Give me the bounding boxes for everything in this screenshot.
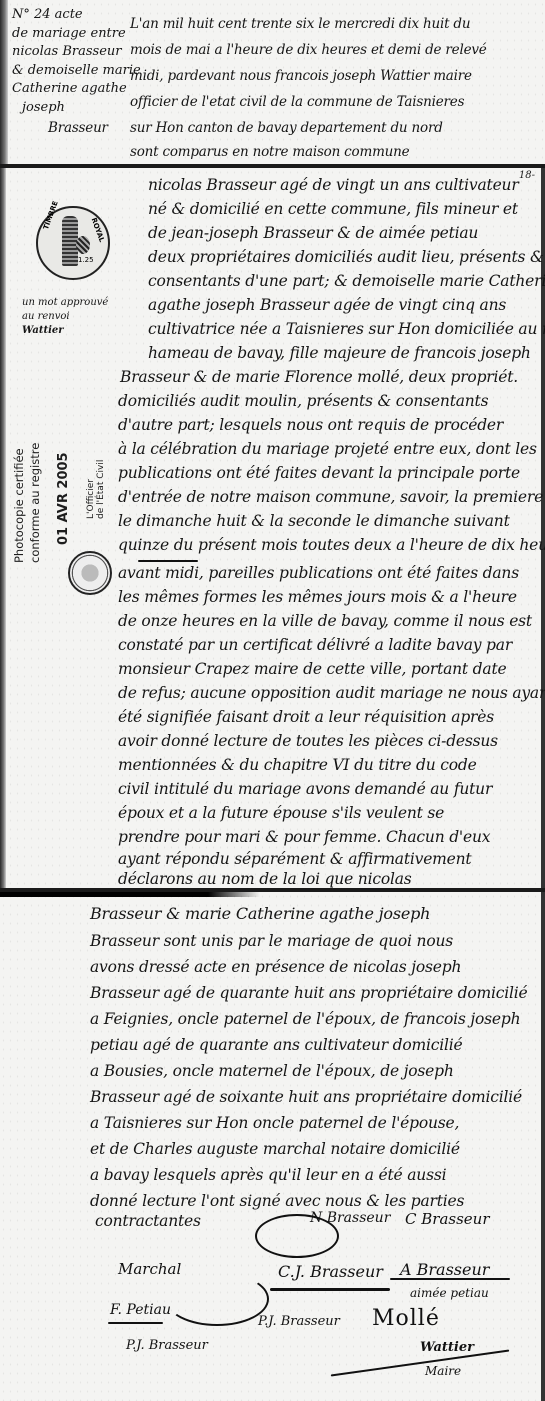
signature: N Brasseur xyxy=(310,1210,390,1226)
stamp-text: TIMBRE xyxy=(42,200,60,231)
cert-line: Photocopie certifiée xyxy=(12,448,26,563)
body-line: agathe joseph Brasseur agée de vingt cin… xyxy=(148,296,506,314)
body-line: prendre pour mari & pour femme. Chacun d… xyxy=(118,828,490,846)
body-line: d'autre part; lesquels nous ont requis d… xyxy=(118,416,503,434)
body-line: hameau de bavay, fille majeure de franco… xyxy=(148,344,531,362)
body-line: quinze du présent mois toutes deux a l'h… xyxy=(118,536,545,554)
signature: Wattier xyxy=(420,1340,474,1355)
body-line: avons dressé acte en présence de nicolas… xyxy=(90,958,461,976)
body-line: monsieur Crapez maire de cette ville, po… xyxy=(118,660,506,678)
body-line: Brasseur agé de soixante huit ans propri… xyxy=(90,1088,522,1106)
folio-number: 18- xyxy=(519,170,535,181)
body-line: avant midi, pareilles publications ont é… xyxy=(118,564,519,582)
signature: A Brasseur xyxy=(400,1260,489,1279)
body-line: sont comparus en notre maison commune xyxy=(130,144,409,160)
note-initials: Wattier xyxy=(22,324,108,338)
body-line: mentionnées & du chapitre VI du titre du… xyxy=(118,756,477,774)
scan-border xyxy=(0,892,260,897)
body-line: de jean-joseph Brasseur & de aimée petia… xyxy=(148,224,478,242)
margin-surname: Brasseur xyxy=(48,120,108,136)
certification-stamp: Photocopie certifiée conforme au registr… xyxy=(8,433,128,573)
official-seal-icon xyxy=(68,551,112,595)
body-line: L'an mil huit cent trente six le mercred… xyxy=(130,16,470,32)
body-line: époux et a la future épouse s'ils veulen… xyxy=(118,804,444,822)
body-line: a bavay lesquels après qu'il leur en a é… xyxy=(90,1166,446,1184)
signature-underline xyxy=(108,1322,163,1324)
body-line: cultivatrice née a Taisnieres sur Hon do… xyxy=(148,320,545,338)
body-line: d'entrée de notre maison commune, savoir… xyxy=(118,488,543,506)
stamp-value: 1.25 xyxy=(78,256,94,264)
margin-line: & demoiselle marie xyxy=(12,62,141,81)
body-line: de onze heures en la ville de bavay, com… xyxy=(118,612,532,630)
body-line: Brasseur & de marie Florence mollé, deux… xyxy=(120,368,518,386)
body-line: constaté par un certificat délivré a lad… xyxy=(118,636,512,654)
body-line: donné lecture l'ont signé avec nous & le… xyxy=(90,1192,464,1210)
body-line: deux propriétaires domiciliés audit lieu… xyxy=(148,248,544,266)
body-line: né & domicilié en cette commune, fils mi… xyxy=(148,200,518,218)
body-line: contractantes xyxy=(95,1212,201,1230)
signature-underline xyxy=(390,1278,510,1280)
page-edge xyxy=(541,892,545,1401)
signature: P.J. Brasseur xyxy=(126,1338,208,1353)
body-line: domiciliés audit moulin, présents & cons… xyxy=(118,392,488,410)
signature: Marchal xyxy=(118,1260,181,1278)
note-line: un mot approuvé xyxy=(22,296,108,310)
cert-officer: L'Officier xyxy=(86,479,96,519)
body-line: a Feignies, oncle paternel de l'époux, d… xyxy=(90,1010,520,1028)
body-line: a Bousies, oncle maternel de l'époux, de… xyxy=(90,1062,454,1080)
stamp-text: ROYAL xyxy=(89,217,105,244)
body-line: à la célébration du mariage projeté entr… xyxy=(118,440,537,458)
signature: Mollé xyxy=(372,1306,440,1331)
signature-underline xyxy=(270,1288,390,1291)
cert-officer: de l'État Civil xyxy=(96,460,106,519)
body-line: mois de mai a l'heure de dix heures et d… xyxy=(130,42,487,58)
shield-icon xyxy=(76,236,90,254)
signature: C.J. Brasseur xyxy=(278,1262,383,1281)
text-underline xyxy=(138,560,198,562)
body-line: Brasseur agé de quarante huit ans propri… xyxy=(90,984,528,1002)
body-line: avoir donné lecture de toutes les pièces… xyxy=(118,732,498,750)
signature: Maire xyxy=(425,1364,461,1378)
body-line: déclarons au nom de la loi que nicolas xyxy=(118,870,412,888)
margin-line: Catherine agathe xyxy=(12,80,141,99)
body-line: midi, pardevant nous francois joseph Wat… xyxy=(130,68,472,84)
body-line: le dimanche huit & la seconde le dimanch… xyxy=(118,512,510,530)
cert-line: conforme au registre xyxy=(28,443,42,563)
body-line: les mêmes formes les mêmes jours mois & … xyxy=(118,588,517,606)
body-line: civil intitulé du mariage avons demandé … xyxy=(118,780,492,798)
timbre-royal-stamp: TIMBRE ROYAL 1.25 xyxy=(36,206,110,280)
body-line: sur Hon canton de bavay departement du n… xyxy=(130,120,443,136)
signature: aimée petiau xyxy=(410,1286,489,1300)
body-line: nicolas Brasseur agé de vingt un ans cul… xyxy=(148,176,519,194)
body-line: ayant répondu séparément & affirmativeme… xyxy=(118,850,471,868)
page-edge xyxy=(0,168,6,888)
body-line: a Taisnieres sur Hon oncle paternel de l… xyxy=(90,1114,459,1132)
body-line: été signifiée faisant droit a leur réqui… xyxy=(118,708,494,726)
body-line: Brasseur sont unis par le mariage de quo… xyxy=(90,932,453,950)
signature-flourish xyxy=(165,1272,269,1326)
body-line: consentants d'une part; & demoiselle mar… xyxy=(148,272,545,290)
body-line: officier de l'etat civil de la commune d… xyxy=(130,94,464,110)
margin-line: nicolas Brasseur xyxy=(12,43,141,62)
scan-segment-closing: Brasseur & marie Catherine agathe joseph… xyxy=(0,892,545,1401)
signature: F. Petiau xyxy=(110,1302,171,1318)
cert-date: 01 AVR 2005 xyxy=(56,452,71,545)
scan-segment-header: N° 24 acte de mariage entre nicolas Bras… xyxy=(0,0,545,164)
body-line: et de Charles auguste marchal notaire do… xyxy=(90,1140,460,1158)
margin-title: N° 24 acte de mariage entre nicolas Bras… xyxy=(12,6,141,117)
signature: C Brasseur xyxy=(405,1210,490,1228)
margin-line: joseph xyxy=(12,99,141,118)
body-line: publications ont été faites devant la pr… xyxy=(118,464,520,482)
scan-segment-body: 18- TIMBRE ROYAL 1.25 un mot approuvé au… xyxy=(0,168,545,888)
body-line: Brasseur & marie Catherine agathe joseph xyxy=(90,904,430,923)
note-line: au renvoi xyxy=(22,310,108,324)
signature: P.J. Brasseur xyxy=(258,1314,340,1329)
margin-approval-note: un mot approuvé au renvoi Wattier xyxy=(22,296,108,338)
body-line: petiau agé de quarante ans cultivateur d… xyxy=(90,1036,463,1054)
margin-line: de mariage entre xyxy=(12,25,141,44)
body-line: de refus; aucune opposition audit mariag… xyxy=(118,684,545,702)
margin-line: N° 24 acte xyxy=(12,6,141,25)
page-edge xyxy=(0,0,8,164)
